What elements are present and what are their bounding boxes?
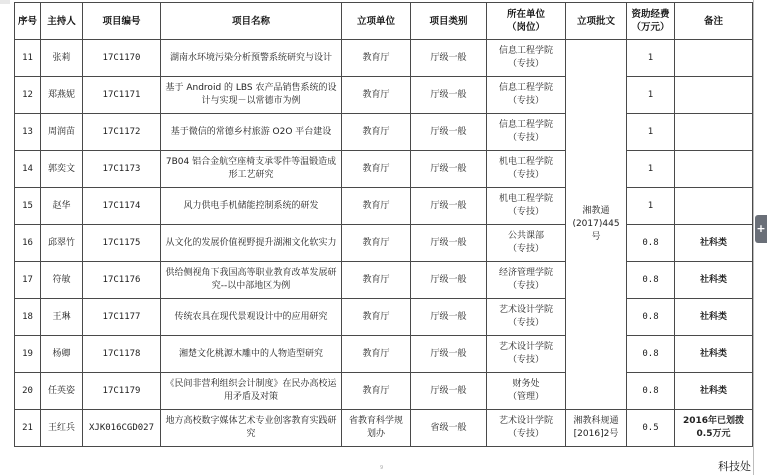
cell-remark bbox=[675, 40, 753, 77]
cell-fund: 0.8 bbox=[627, 262, 675, 299]
header-fund: 资助经费（万元） bbox=[627, 3, 675, 40]
cell-code: 17C1170 bbox=[83, 40, 161, 77]
cell-unit: 教育厅 bbox=[342, 77, 411, 114]
cell-host: 周润苗 bbox=[41, 114, 83, 151]
cell-category: 厅级一般 bbox=[411, 77, 487, 114]
cell-name: 供给侧视角下我国高等职业教育改革发展研究--以中部地区为例 bbox=[161, 262, 342, 299]
dept-name: 机电工程学院 bbox=[499, 194, 553, 204]
header-fund-line2: （万元） bbox=[631, 22, 669, 33]
cell-category: 厅级一般 bbox=[411, 40, 487, 77]
cell-dept: 机电工程学院（专技） bbox=[487, 188, 566, 225]
page-number: 9 bbox=[380, 465, 383, 471]
cell-category: 厅级一般 bbox=[411, 373, 487, 410]
cell-seq: 15 bbox=[15, 188, 41, 225]
dept-post: （专技） bbox=[508, 318, 544, 328]
cell-name: 湖南水环境污染分析预警系统研究与设计 bbox=[161, 40, 342, 77]
cell-fund: 1 bbox=[627, 114, 675, 151]
cell-host: 张莉 bbox=[41, 40, 83, 77]
cell-name: 湘楚文化桃源木雕中的人物造型研究 bbox=[161, 336, 342, 373]
cell-unit: 教育厅 bbox=[342, 299, 411, 336]
cell-fund: 1 bbox=[627, 188, 675, 225]
cell-code: 17C1174 bbox=[83, 188, 161, 225]
table-row: 14 郭奕文 17C1173 7B04 铝合金航空座椅支承零件等温锻造成形工艺研… bbox=[15, 151, 753, 188]
cell-host: 王琳 bbox=[41, 299, 83, 336]
dept-post: （专技） bbox=[508, 244, 544, 254]
cell-remark bbox=[675, 151, 753, 188]
cell-category: 厅级一般 bbox=[411, 262, 487, 299]
table-row: 16 邱翠竹 17C1175 从文化的发展价值视野提升湖湘文化软实力 教育厅 厅… bbox=[15, 225, 753, 262]
table-row: 11 张莉 17C1170 湖南水环境污染分析预警系统研究与设计 教育厅 厅级一… bbox=[15, 40, 753, 77]
cell-unit: 教育厅 bbox=[342, 225, 411, 262]
cell-code: 17C1172 bbox=[83, 114, 161, 151]
cell-seq: 18 bbox=[15, 299, 41, 336]
table-row: 17 符敏 17C1176 供给侧视角下我国高等职业教育改革发展研究--以中部地… bbox=[15, 262, 753, 299]
dept-post: （管理） bbox=[508, 392, 544, 402]
cell-seq: 11 bbox=[15, 40, 41, 77]
dept-post: （专技） bbox=[508, 355, 544, 365]
cell-name: 基于 Android 的 LBS 农产品销售系统的设计与实现－以常德市为例 bbox=[161, 77, 342, 114]
cell-unit: 教育厅 bbox=[342, 151, 411, 188]
expand-side-tab[interactable]: + bbox=[755, 215, 767, 243]
table-row: 15 赵华 17C1174 风力供电手机储能控制系统的研发 教育厅 厅级一般 机… bbox=[15, 188, 753, 225]
cell-dept: 财务处（管理） bbox=[487, 373, 566, 410]
cell-seq: 20 bbox=[15, 373, 41, 410]
header-seq: 序号 bbox=[15, 3, 41, 40]
table-row: 21 王红兵 XJK016CGD027 地方高校数字媒体艺术专业创客教育实践研究… bbox=[15, 410, 753, 447]
cell-code: 17C1177 bbox=[83, 299, 161, 336]
cell-dept: 艺术设计学院（专技） bbox=[487, 410, 566, 447]
cell-host: 杨卿 bbox=[41, 336, 83, 373]
cell-host: 任英姿 bbox=[41, 373, 83, 410]
dept-post: （专技） bbox=[508, 96, 544, 106]
cell-unit: 教育厅 bbox=[342, 336, 411, 373]
cell-remark: 社科类 bbox=[675, 225, 753, 262]
header-approval: 立项批文 bbox=[566, 3, 627, 40]
cell-code: 17C1171 bbox=[83, 77, 161, 114]
project-table: 序号 主持人 项目编号 项目名称 立项单位 项目类别 所在单位（岗位） 立项批文… bbox=[14, 2, 753, 447]
header-fund-line1: 资助经费 bbox=[631, 9, 669, 20]
header-dept-line2: （岗位） bbox=[507, 22, 545, 33]
cell-unit: 教育厅 bbox=[342, 373, 411, 410]
header-unit: 立项单位 bbox=[342, 3, 411, 40]
dept-name: 公共课部 bbox=[508, 231, 544, 241]
cell-code: 17C1176 bbox=[83, 262, 161, 299]
cell-name: 从文化的发展价值视野提升湖湘文化软实力 bbox=[161, 225, 342, 262]
cell-remark bbox=[675, 188, 753, 225]
cell-code: 17C1173 bbox=[83, 151, 161, 188]
cell-category: 厅级一般 bbox=[411, 114, 487, 151]
cell-category: 厅级一般 bbox=[411, 151, 487, 188]
dept-post: （专技） bbox=[508, 59, 544, 69]
cell-name: 《民间非营利组织会计制度》在民办高校运用矛盾及对策 bbox=[161, 373, 342, 410]
cell-code: 17C1175 bbox=[83, 225, 161, 262]
table-row: 13 周润苗 17C1172 基于微信的常德乡村旅游 O2O 平台建设 教育厅 … bbox=[15, 114, 753, 151]
cell-dept: 机电工程学院（专技） bbox=[487, 151, 566, 188]
cell-code: XJK016CGD027 bbox=[83, 410, 161, 447]
cell-host: 赵华 bbox=[41, 188, 83, 225]
cell-remark bbox=[675, 114, 753, 151]
cell-dept: 信息工程学院（专技） bbox=[487, 40, 566, 77]
cell-host: 郭奕文 bbox=[41, 151, 83, 188]
table-row: 12 郑燕妮 17C1171 基于 Android 的 LBS 农产品销售系统的… bbox=[15, 77, 753, 114]
header-code: 项目编号 bbox=[83, 3, 161, 40]
cell-category: 厅级一般 bbox=[411, 188, 487, 225]
dept-post: （专技） bbox=[508, 429, 544, 439]
cell-seq: 19 bbox=[15, 336, 41, 373]
dept-post: （专技） bbox=[508, 207, 544, 217]
plus-icon: + bbox=[756, 222, 765, 235]
dept-name: 机电工程学院 bbox=[499, 157, 553, 167]
table-row: 20 任英姿 17C1179 《民间非营利组织会计制度》在民办高校运用矛盾及对策… bbox=[15, 373, 753, 410]
header-row: 序号 主持人 项目编号 项目名称 立项单位 项目类别 所在单位（岗位） 立项批文… bbox=[15, 3, 753, 40]
cell-dept: 艺术设计学院（专技） bbox=[487, 299, 566, 336]
dept-post: （专技） bbox=[508, 281, 544, 291]
header-remark: 备注 bbox=[675, 3, 753, 40]
header-dept: 所在单位（岗位） bbox=[487, 3, 566, 40]
cell-category: 省级一般 bbox=[411, 410, 487, 447]
cell-seq: 14 bbox=[15, 151, 41, 188]
corner-marker bbox=[0, 0, 10, 4]
cell-fund: 0.5 bbox=[627, 410, 675, 447]
cell-dept: 艺术设计学院（专技） bbox=[487, 336, 566, 373]
signature: 科技处 bbox=[718, 458, 751, 474]
dept-name: 财务处 bbox=[512, 379, 539, 389]
cell-category: 厅级一般 bbox=[411, 299, 487, 336]
dept-name: 信息工程学院 bbox=[499, 120, 553, 130]
header-category: 项目类别 bbox=[411, 3, 487, 40]
cell-name: 风力供电手机储能控制系统的研发 bbox=[161, 188, 342, 225]
cell-category: 厅级一般 bbox=[411, 336, 487, 373]
cell-fund: 0.8 bbox=[627, 373, 675, 410]
cell-dept: 信息工程学院（专技） bbox=[487, 114, 566, 151]
cell-dept: 公共课部（专技） bbox=[487, 225, 566, 262]
cell-host: 邱翠竹 bbox=[41, 225, 83, 262]
page-edge-line bbox=[753, 0, 754, 475]
cell-unit: 教育厅 bbox=[342, 114, 411, 151]
cell-host: 王红兵 bbox=[41, 410, 83, 447]
dept-name: 艺术设计学院 bbox=[499, 416, 553, 426]
cell-name: 地方高校数字媒体艺术专业创客教育实践研究 bbox=[161, 410, 342, 447]
cell-remark: 社科类 bbox=[675, 336, 753, 373]
cell-remark bbox=[675, 77, 753, 114]
dept-name: 信息工程学院 bbox=[499, 46, 553, 56]
cell-unit: 教育厅 bbox=[342, 262, 411, 299]
cell-fund: 0.8 bbox=[627, 299, 675, 336]
cell-seq: 21 bbox=[15, 410, 41, 447]
cell-remark: 社科类 bbox=[675, 373, 753, 410]
dept-name: 信息工程学院 bbox=[499, 83, 553, 93]
header-host: 主持人 bbox=[41, 3, 83, 40]
cell-unit: 省教育科学规划办 bbox=[342, 410, 411, 447]
table-row: 19 杨卿 17C1178 湘楚文化桃源木雕中的人物造型研究 教育厅 厅级一般 … bbox=[15, 336, 753, 373]
cell-name: 传统农具在现代景观设计中的应用研究 bbox=[161, 299, 342, 336]
cell-remark: 社科类 bbox=[675, 299, 753, 336]
cell-name: 7B04 铝合金航空座椅支承零件等温锻造成形工艺研究 bbox=[161, 151, 342, 188]
dept-post: （专技） bbox=[508, 133, 544, 143]
cell-seq: 16 bbox=[15, 225, 41, 262]
cell-dept: 经济管理学院（专技） bbox=[487, 262, 566, 299]
dept-name: 艺术设计学院 bbox=[499, 305, 553, 315]
cell-fund: 1 bbox=[627, 77, 675, 114]
header-dept-line1: 所在单位 bbox=[507, 9, 545, 20]
cell-unit: 教育厅 bbox=[342, 188, 411, 225]
dept-name: 艺术设计学院 bbox=[499, 342, 553, 352]
cell-fund: 0.8 bbox=[627, 336, 675, 373]
dept-name: 经济管理学院 bbox=[499, 268, 553, 278]
dept-post: （专技） bbox=[508, 170, 544, 180]
cell-seq: 13 bbox=[15, 114, 41, 151]
cell-fund: 1 bbox=[627, 40, 675, 77]
cell-code: 17C1179 bbox=[83, 373, 161, 410]
cell-remark: 社科类 bbox=[675, 262, 753, 299]
cell-seq: 17 bbox=[15, 262, 41, 299]
cell-host: 符敏 bbox=[41, 262, 83, 299]
cell-dept: 信息工程学院（专技） bbox=[487, 77, 566, 114]
cell-remark: 2016年已划拨0.5万元 bbox=[675, 410, 753, 447]
cell-approval-shared: 湘教通(2017)445号 bbox=[566, 40, 627, 410]
cell-fund: 1 bbox=[627, 151, 675, 188]
cell-name: 基于微信的常德乡村旅游 O2O 平台建设 bbox=[161, 114, 342, 151]
cell-approval: 湘教科规通[2016]2号 bbox=[566, 410, 627, 447]
table-row: 18 王琳 17C1177 传统农具在现代景观设计中的应用研究 教育厅 厅级一般… bbox=[15, 299, 753, 336]
cell-seq: 12 bbox=[15, 77, 41, 114]
cell-code: 17C1178 bbox=[83, 336, 161, 373]
header-name: 项目名称 bbox=[161, 3, 342, 40]
cell-unit: 教育厅 bbox=[342, 40, 411, 77]
cell-host: 郑燕妮 bbox=[41, 77, 83, 114]
cell-fund: 0.8 bbox=[627, 225, 675, 262]
cell-category: 厅级一般 bbox=[411, 225, 487, 262]
